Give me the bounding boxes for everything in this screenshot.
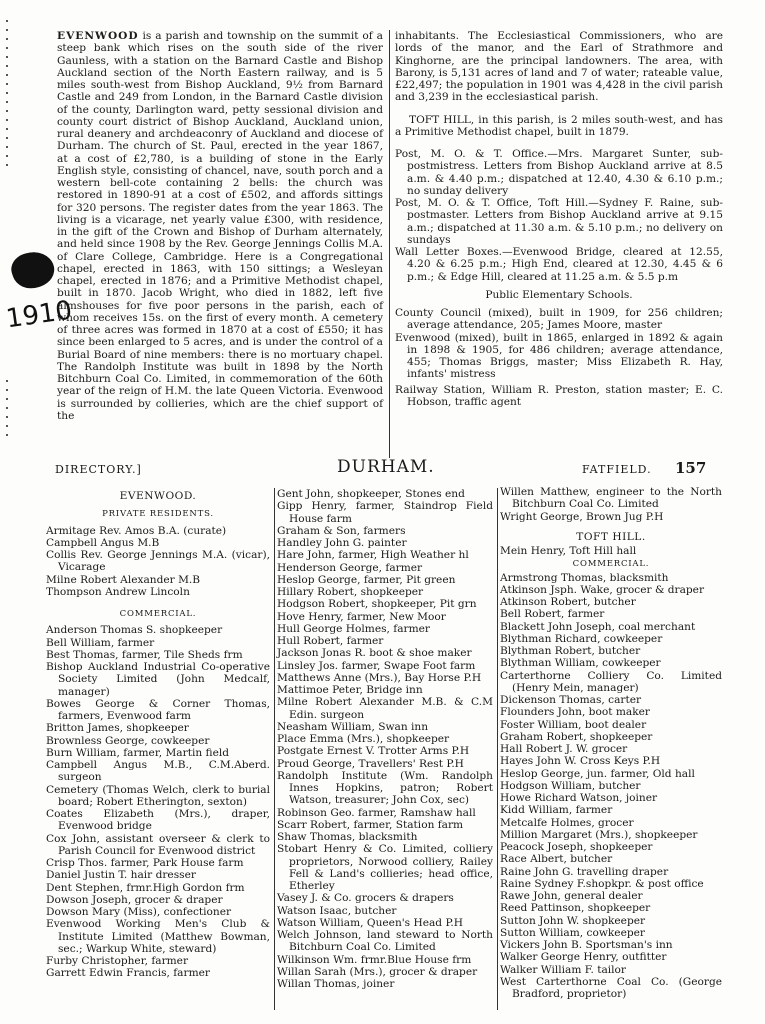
- ink-scribble-icon: [7, 246, 58, 293]
- list-item: Hull George Holmes, farmer: [277, 623, 493, 635]
- list-item: Hove Henry, farmer, New Moor: [277, 611, 493, 623]
- list-item: Stobart Henry & Co. Limited, colliery pr…: [277, 843, 493, 892]
- toft-hill-paragraph: TOFT HILL, in this parish, is 2 miles so…: [395, 114, 723, 139]
- list-item: Raine Sydney F.shopkpr. & post office: [500, 878, 722, 890]
- list-item: Daniel Justin T. hair dresser: [46, 869, 270, 881]
- list-item: Furby Christopher, farmer: [46, 955, 270, 967]
- toft-commercial-heading: COMMERCIAL.: [500, 558, 722, 570]
- column-divider: [389, 30, 390, 458]
- list-item: Campbell Angus M.B: [46, 537, 270, 549]
- top-right-column: inhabitants. The Ecclesiastical Commissi…: [395, 30, 723, 408]
- list-item: Cox John, assistant overseer & clerk to …: [46, 833, 270, 858]
- toft-private-list: Mein Henry, Toft Hill hall: [500, 545, 722, 557]
- list-item: Brownless George, cowkeeper: [46, 735, 270, 747]
- list-item: Hillary Robert, shopkeeper: [277, 586, 493, 598]
- list-item: Graham & Son, farmers: [277, 525, 493, 537]
- list-item: Collis Rev. George Jennings M.A. (vicar)…: [46, 549, 270, 574]
- list-item: Hull Robert, farmer: [277, 635, 493, 647]
- margin-specks: [6, 380, 8, 440]
- list-item: Post, M. O. & T. Office.—Mrs. Margaret S…: [395, 148, 723, 197]
- railway-entry: Railway Station, William R. Preston, sta…: [395, 384, 723, 409]
- list-item: Vasey J. & Co. grocers & drapers: [277, 892, 493, 904]
- list-item: Atkinson Jsph. Wake, grocer & draper: [500, 584, 722, 596]
- header-left: DIRECTORY.]: [55, 463, 142, 476]
- toft-commercial-list: Armstrong Thomas, blacksmithAtkinson Jsp…: [500, 572, 722, 1001]
- list-item: Mein Henry, Toft Hill hall: [500, 545, 722, 557]
- list-item: Graham Robert, shopkeeper: [500, 731, 722, 743]
- list-item: Dowson Joseph, grocer & draper: [46, 894, 270, 906]
- header-place: FATFIELD.: [582, 463, 652, 476]
- list-item: Dowson Mary (Miss), confectioner: [46, 906, 270, 918]
- list-item: Blythman Richard, cowkeeper: [500, 633, 722, 645]
- page-number: 157: [675, 459, 706, 477]
- list-item: Neasham William, Swan inn: [277, 721, 493, 733]
- list-item: Dickenson Thomas, carter: [500, 694, 722, 706]
- list-item: Scarr Robert, farmer, Station farm: [277, 819, 493, 831]
- commercial-list: Anderson Thomas S. shopkeeperBell Willia…: [46, 624, 270, 979]
- list-item: Peacock Joseph, shopkeeper: [500, 841, 722, 853]
- list-item: Metcalfe Holmes, grocer: [500, 817, 722, 829]
- commercial-heading: COMMERCIAL.: [46, 608, 270, 620]
- private-residents-list: Armitage Rev. Amos B.A. (curate)Campbell…: [46, 525, 270, 599]
- list-item: Armstrong Thomas, blacksmith: [500, 572, 722, 584]
- list-item: Shaw Thomas, blacksmith: [277, 831, 493, 843]
- list-item: Crisp Thos. farmer, Park House farm: [46, 857, 270, 869]
- list-item: Evenwood Working Men's Club & Institute …: [46, 918, 270, 955]
- section-title-toft-hill: TOFT HILL.: [500, 531, 722, 543]
- list-item: Willan Sarah (Mrs.), grocer & draper: [277, 966, 493, 978]
- evenwood-description: EVENWOOD is a parish and township on the…: [57, 30, 383, 422]
- list-item: Race Albert, butcher: [500, 853, 722, 865]
- directory-page: 1910 EVENWOOD is a parish and township o…: [0, 0, 765, 1024]
- margin-specks: [6, 20, 8, 170]
- list-item: Hall Robert J. W. grocer: [500, 743, 722, 755]
- list-item: Hare John, farmer, High Weather hl: [277, 549, 493, 561]
- list-item: Robinson Geo. farmer, Ramshaw hall: [277, 807, 493, 819]
- place-name: EVENWOOD: [57, 30, 139, 42]
- list-item: Linsley Jos. farmer, Swape Foot farm: [277, 660, 493, 672]
- list-item: Coates Elizabeth (Mrs.), draper, Evenwoo…: [46, 808, 270, 833]
- list-item: Rawe John, general dealer: [500, 890, 722, 902]
- list-item: Blythman Robert, butcher: [500, 645, 722, 657]
- list-item: Armitage Rev. Amos B.A. (curate): [46, 525, 270, 537]
- list-item: Britton James, shopkeeper: [46, 722, 270, 734]
- list-item: Bowes George & Corner Thomas, farmers, E…: [46, 698, 270, 723]
- list-item: Cemetery (Thomas Welch, clerk to burial …: [46, 784, 270, 809]
- continuation-paragraph: inhabitants. The Ecclesiastical Commissi…: [395, 30, 723, 104]
- list-item: Proud George, Travellers' Rest P.H: [277, 758, 493, 770]
- schools-heading: Public Elementary Schools.: [395, 289, 723, 301]
- commercial-list-end: Willen Matthew, engineer to the North Bi…: [500, 486, 722, 523]
- list-item: Post, M. O. & T. Office, Toft Hill.—Sydn…: [395, 197, 723, 246]
- list-item: Anderson Thomas S. shopkeeper: [46, 624, 270, 636]
- list-item: Reed Pattinson, shopkeeper: [500, 902, 722, 914]
- private-residents-heading: PRIVATE RESIDENTS.: [46, 508, 270, 520]
- schools-list: County Council (mixed), built in 1909, f…: [395, 307, 723, 381]
- postal-notices: Post, M. O. & T. Office.—Mrs. Margaret S…: [395, 148, 723, 283]
- list-item: Hodgson William, butcher: [500, 780, 722, 792]
- list-item: West Carterthorne Coal Co. (George Bradf…: [500, 976, 722, 1001]
- list-item: Postgate Ernest V. Trotter Arms P.H: [277, 745, 493, 757]
- commercial-list-continued: Gent John, shopkeeper, Stones endGipp He…: [277, 488, 493, 990]
- list-item: Carterthorne Colliery Co. Limited (Henry…: [500, 670, 722, 695]
- list-item: Million Margaret (Mrs.), shopkeeper: [500, 829, 722, 841]
- list-item: Bell Robert, farmer: [500, 608, 722, 620]
- list-item: Milne Robert Alexander M.B. & C.M Edin. …: [277, 696, 493, 721]
- list-item: Wright George, Brown Jug P.H: [500, 511, 722, 523]
- list-item: Welch Johnson, land steward to North Bit…: [277, 929, 493, 954]
- list-item: Henderson George, farmer: [277, 562, 493, 574]
- list-item: Howe Richard Watson, joiner: [500, 792, 722, 804]
- list-item: Bishop Auckland Industrial Co-operative …: [46, 661, 270, 698]
- list-item: Wilkinson Wm. frmr.Blue House frm: [277, 954, 493, 966]
- list-item: Thompson Andrew Lincoln: [46, 586, 270, 598]
- list-item: Watson William, Queen's Head P.H: [277, 917, 493, 929]
- list-item: Watson Isaac, butcher: [277, 905, 493, 917]
- list-item: Milne Robert Alexander M.B: [46, 574, 270, 586]
- list-item: Jackson Jonas R. boot & shoe maker: [277, 647, 493, 659]
- list-item: Flounders John, boot maker: [500, 706, 722, 718]
- list-item: Place Emma (Mrs.), shopkeeper: [277, 733, 493, 745]
- list-item: Campbell Angus M.B., C.M.Aberd. surgeon: [46, 759, 270, 784]
- list-item: Wall Letter Boxes.—Evenwood Bridge, clea…: [395, 246, 723, 283]
- running-header: DIRECTORY.] DURHAM. FATFIELD. 157: [55, 457, 723, 481]
- list-item: Sutton William, cowkeeper: [500, 927, 722, 939]
- list-item: Sutton John W. shopkeeper: [500, 915, 722, 927]
- list-item: Evenwood (mixed), built in 1865, enlarge…: [395, 332, 723, 381]
- column-divider: [274, 488, 275, 1010]
- directory-column-1: EVENWOOD. PRIVATE RESIDENTS. Armitage Re…: [46, 490, 270, 980]
- list-item: Blythman William, cowkeeper: [500, 657, 722, 669]
- list-item: Vickers John B. Sportsman's inn: [500, 939, 722, 951]
- evenwood-paragraph: EVENWOOD is a parish and township on the…: [57, 30, 383, 422]
- list-item: Mattimoe Peter, Bridge inn: [277, 684, 493, 696]
- list-item: County Council (mixed), built in 1909, f…: [395, 307, 723, 332]
- list-item: Foster William, boot dealer: [500, 719, 722, 731]
- list-item: Bell William, farmer: [46, 637, 270, 649]
- paragraph-text: is a parish and township on the summit o…: [57, 30, 383, 422]
- list-item: Walker George Henry, outfitter: [500, 951, 722, 963]
- list-item: Kidd William, farmer: [500, 804, 722, 816]
- list-item: Hodgson Robert, shopkeeper, Pit grn: [277, 598, 493, 610]
- list-item: Gipp Henry, farmer, Staindrop Field Hous…: [277, 500, 493, 525]
- list-item: Willan Thomas, joiner: [277, 978, 493, 990]
- list-item: Raine John G. travelling draper: [500, 866, 722, 878]
- list-item: Matthews Anne (Mrs.), Bay Horse P.H: [277, 672, 493, 684]
- list-item: Hayes John W. Cross Keys P.H: [500, 755, 722, 767]
- directory-column-3: Willen Matthew, engineer to the North Bi…: [500, 486, 722, 1000]
- list-item: Heslop George, farmer, Pit green: [277, 574, 493, 586]
- list-item: Walker William F. tailor: [500, 964, 722, 976]
- section-title-evenwood: EVENWOOD.: [46, 490, 270, 502]
- list-item: Garrett Edwin Francis, farmer: [46, 967, 270, 979]
- list-item: Heslop George, jun. farmer, Old hall: [500, 768, 722, 780]
- directory-column-2: Gent John, shopkeeper, Stones endGipp He…: [277, 488, 493, 990]
- list-item: Willen Matthew, engineer to the North Bi…: [500, 486, 722, 511]
- list-item: Randolph Institute (Wm. Randolph Innes H…: [277, 770, 493, 807]
- list-item: Best Thomas, farmer, Tile Sheds frm: [46, 649, 270, 661]
- list-item: Handley John G. painter: [277, 537, 493, 549]
- header-county: DURHAM.: [337, 457, 435, 477]
- list-item: Dent Stephen, frmr.High Gordon frm: [46, 882, 270, 894]
- list-item: Gent John, shopkeeper, Stones end: [277, 488, 493, 500]
- list-item: Blackett John Joseph, coal merchant: [500, 621, 722, 633]
- column-divider: [497, 488, 498, 1010]
- list-item: Burn William, farmer, Martin field: [46, 747, 270, 759]
- list-item: Atkinson Robert, butcher: [500, 596, 722, 608]
